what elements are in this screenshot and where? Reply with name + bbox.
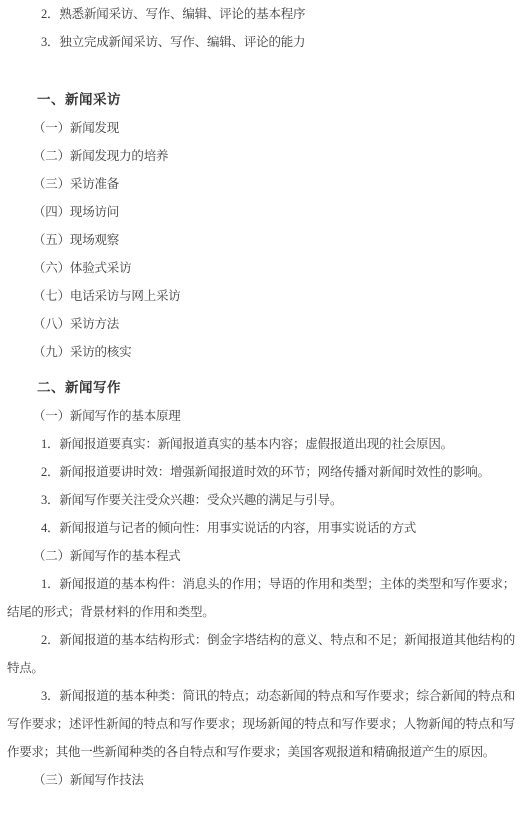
outline-list-item: （四）现场访问 xyxy=(7,198,515,226)
outline-list-item: （三）新闻写作技法 xyxy=(7,766,515,794)
outline-list-item: （七）电话采访与网上采访 xyxy=(7,282,515,310)
vertical-space xyxy=(7,56,515,86)
section-heading: 二、新闻写作 xyxy=(7,374,515,402)
section-heading: 一、新闻采访 xyxy=(7,86,515,114)
numbered-line: 2．熟悉新闻采访、写作、编辑、评论的基本程序 xyxy=(7,0,515,28)
outline-list-item: （三）采访准备 xyxy=(7,170,515,198)
outline-list-item: （八）采访方法 xyxy=(7,310,515,338)
numbered-line: 1．新闻报道要真实：新闻报道真实的基本内容；虚假报道出现的社会原因。 xyxy=(7,430,515,458)
outline-list-item: （一）新闻发现 xyxy=(7,114,515,142)
numbered-line: 4．新闻报道与记者的倾向性：用事实说话的内容，用事实说话的方式 xyxy=(7,514,515,542)
outline-list-item: （二）新闻写作的基本程式 xyxy=(7,542,515,570)
numbered-line: 3．新闻写作要关注受众兴趣：受众兴趣的满足与引导。 xyxy=(7,486,515,514)
body-paragraph: 1．新闻报道的基本构件：消息头的作用；导语的作用和类型；主体的类型和写作要求；结… xyxy=(7,570,515,626)
outline-list-item: （一）新闻写作的基本原理 xyxy=(7,402,515,430)
numbered-line: 2．新闻报道要讲时效：增强新闻报道时效的环节；网络传播对新闻时效性的影响。 xyxy=(7,458,515,486)
outline-list-item: （五）现场观察 xyxy=(7,226,515,254)
outline-list-item: （九）采访的核实 xyxy=(7,338,515,366)
vertical-space xyxy=(7,366,515,374)
outline-list-item: （二）新闻发现力的培养 xyxy=(7,142,515,170)
outline-list-item: （六）体验式采访 xyxy=(7,254,515,282)
body-paragraph: 3．新闻报道的基本种类：简讯的特点；动态新闻的特点和写作要求；综合新闻的特点和写… xyxy=(7,682,515,766)
body-paragraph: 2．新闻报道的基本结构形式：倒金字塔结构的意义、特点和不足；新闻报道其他结构的特… xyxy=(7,626,515,682)
document-page: 2．熟悉新闻采访、写作、编辑、评论的基本程序3．独立完成新闻采访、写作、编辑、评… xyxy=(0,0,523,815)
numbered-line: 3．独立完成新闻采访、写作、编辑、评论的能力 xyxy=(7,28,515,56)
